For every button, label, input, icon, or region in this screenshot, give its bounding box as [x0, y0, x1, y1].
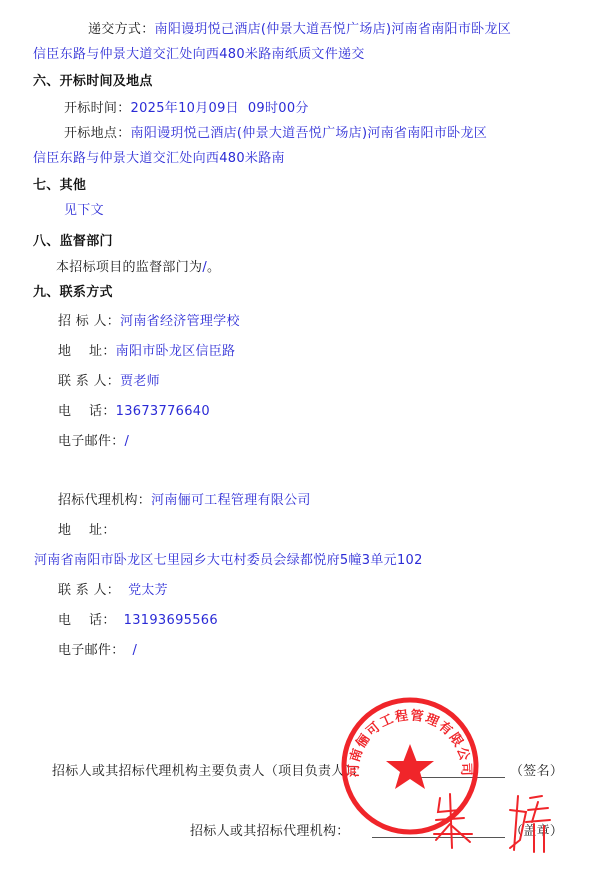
principal-signature-line	[420, 777, 505, 778]
supervision-prefix: 本招标项目的监督部门为	[56, 260, 202, 275]
tenderer-email-label: 电子邮件：	[58, 434, 125, 449]
agency-contact-line: 联 系 人：党太芳	[58, 583, 168, 599]
submission-method-line: 递交方式：南阳谩玥悦己酒店(仲景大道吾悦广场店)河南省南阳市卧龙区	[88, 22, 511, 38]
agency-address-line: 地 址：	[58, 523, 116, 539]
tenderer-name-line: 招 标 人：河南省经济管理学校	[58, 314, 240, 330]
svg-text:河南俪可工程管理有限公司: 河南俪可工程管理有限公司	[346, 707, 474, 777]
tenderer-contact-label: 联 系 人：	[58, 374, 120, 389]
agency-name-label: 招标代理机构：	[58, 493, 151, 508]
supervision-suffix: 。	[207, 260, 220, 275]
tenderer-phone-line: 电 话：13673776640	[58, 404, 210, 420]
tenderer-address-line: 地 址：南阳市卧龙区信臣路	[58, 344, 235, 360]
opening-time-line: 开标时间：2025年10月09日 09时00分	[64, 101, 309, 117]
tenderer-phone-value: 13673776640	[116, 404, 210, 419]
opening-time-label: 开标时间：	[64, 101, 131, 116]
opening-time-value: 2025年10月09日 09时00分	[131, 101, 309, 116]
tenderer-name-value: 河南省经济管理学校	[120, 314, 240, 329]
tenderer-email-value: /	[125, 434, 130, 449]
agency-email-label: 电子邮件：	[58, 643, 125, 658]
submission-value: 南阳谩玥悦己酒店(仲景大道吾悦广场店)河南省南阳市卧龙区	[155, 22, 512, 37]
org-seal-line	[372, 837, 505, 838]
section-7-heading: 七、其他	[33, 178, 86, 194]
agency-email-line: 电子邮件：/	[58, 643, 137, 659]
tenderer-contact-line: 联 系 人：贾老师	[58, 374, 160, 390]
tenderer-address-label: 地 址：	[58, 344, 116, 359]
principal-signature-suffix: （签名）	[510, 764, 563, 780]
opening-place-label: 开标地点：	[64, 126, 131, 141]
agency-address-value: 河南省南阳市卧龙区七里园乡大屯村委员会绿都悦府5幢3单元102	[34, 553, 423, 569]
section-9-heading: 九、联系方式	[33, 285, 113, 301]
opening-place-value: 南阳谩玥悦己酒店(仲景大道吾悦广场店)河南省南阳市卧龙区	[131, 126, 488, 141]
agency-address-label: 地 址：	[58, 523, 116, 538]
agency-name-value: 河南俪可工程管理有限公司	[151, 493, 311, 508]
opening-place-value-continued: 信臣东路与仲景大道交汇处向西480米路南	[33, 151, 285, 167]
section-8-heading: 八、监督部门	[33, 234, 113, 250]
tenderer-contact-value: 贾老师	[120, 374, 160, 389]
seal-text: 河南俪可工程管理有限公司	[346, 707, 474, 777]
agency-email-value: /	[133, 643, 138, 658]
org-seal-label: 招标人或其招标代理机构：	[190, 824, 350, 840]
agency-phone-line: 电 话：13193695566	[58, 613, 218, 629]
section-6-heading: 六、开标时间及地点	[33, 74, 153, 90]
tenderer-email-line: 电子邮件：/	[58, 434, 129, 450]
section-7-body: 见下文	[64, 203, 104, 219]
agency-contact-label: 联 系 人：	[58, 583, 120, 598]
agency-contact-value: 党太芳	[128, 583, 168, 598]
agency-phone-label: 电 话：	[58, 613, 116, 628]
principal-signature-label: 招标人或其招标代理机构主要负责人（项目负责人）：	[52, 764, 365, 780]
tenderer-name-label: 招 标 人：	[58, 314, 120, 329]
submission-value-continued: 信臣东路与仲景大道交汇处向西480米路南纸质文件递交	[33, 47, 365, 63]
section-8-body: 本招标项目的监督部门为/。	[56, 260, 220, 276]
tenderer-phone-label: 电 话：	[58, 404, 116, 419]
opening-place-line: 开标地点：南阳谩玥悦己酒店(仲景大道吾悦广场店)河南省南阳市卧龙区	[64, 126, 487, 142]
submission-label: 递交方式：	[88, 22, 155, 37]
seal-star-icon	[386, 744, 434, 789]
org-seal-suffix: （盖章）	[510, 824, 563, 840]
agency-name-line: 招标代理机构：河南俪可工程管理有限公司	[58, 493, 311, 509]
tenderer-address-value: 南阳市卧龙区信臣路	[116, 344, 236, 359]
agency-phone-value: 13193695566	[124, 613, 218, 628]
